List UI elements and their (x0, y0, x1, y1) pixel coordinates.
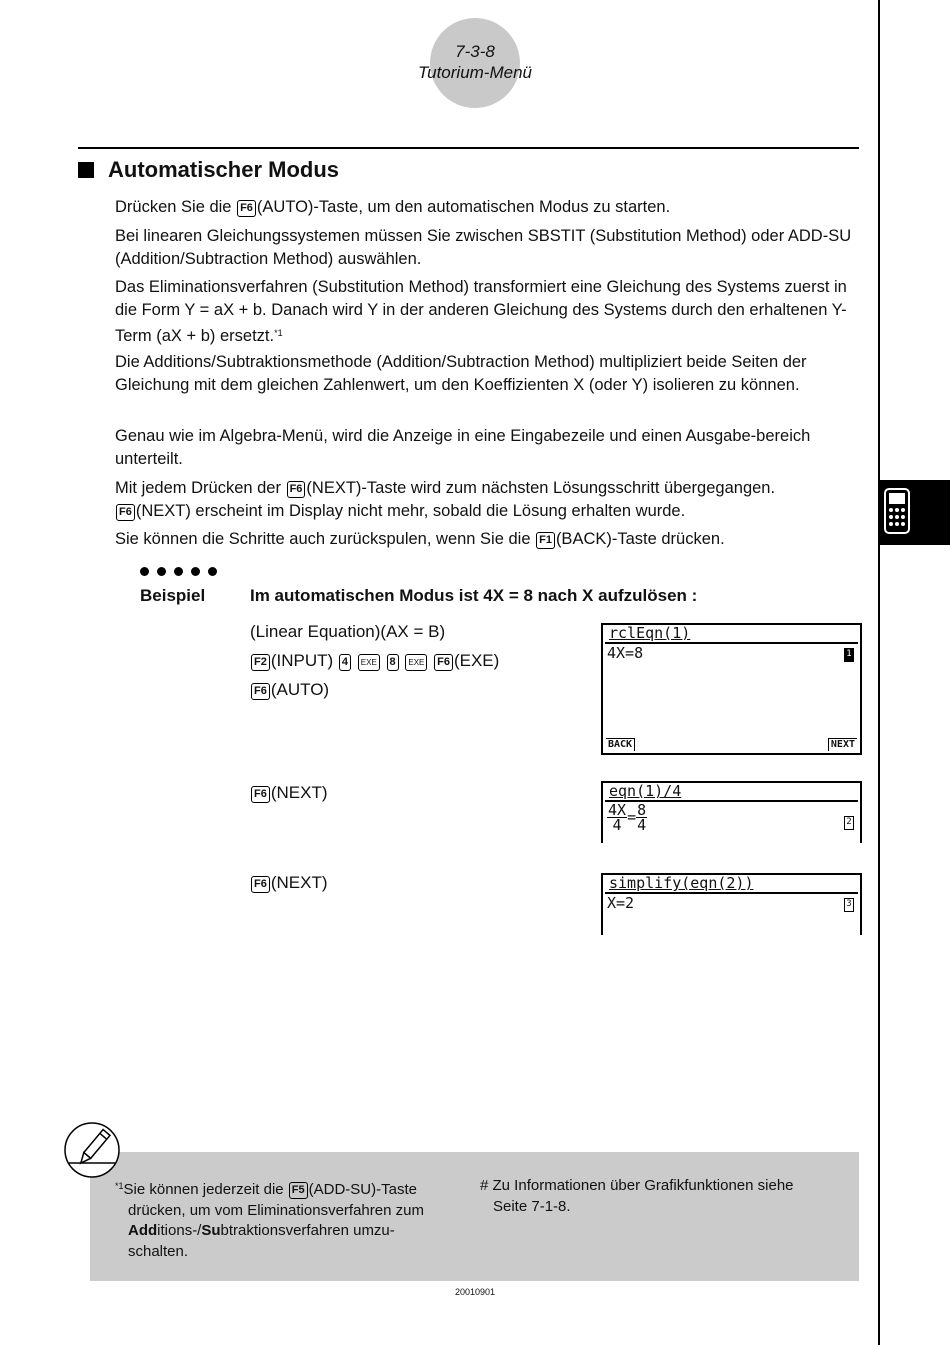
calculator-screen-2: eqn(1)/4 4X4=84 2 (601, 781, 862, 843)
step-1-line-2: F2(INPUT) 4 EXE 8 EXE F6(EXE) (250, 646, 499, 675)
chapter-tab (880, 480, 950, 545)
screen-output-line: 4X=81 (603, 644, 860, 662)
footer-code: 20010901 (0, 1287, 950, 1297)
back-softkey: BACK (606, 738, 635, 751)
f5-key-icon: F5 (289, 1182, 308, 1199)
paragraph-1: Drücken Sie die F6(AUTO)-Taste, um den a… (115, 196, 860, 219)
f6-key-icon: F6 (251, 876, 270, 893)
example-title: Im automatischen Modus ist 4X = 8 nach X… (250, 586, 697, 606)
paragraph-2: Bei linearen Gleichungssystemen müssen S… (115, 225, 860, 271)
paragraph-4: Die Additions/Subtraktionsmethode (Addit… (115, 351, 860, 397)
example-label: Beispiel (140, 586, 205, 606)
section-title: Automatischer Modus (108, 157, 339, 183)
step-indicator: 3 (844, 898, 854, 912)
f2-key-icon: F2 (251, 654, 270, 671)
next-softkey: NEXT (828, 738, 857, 751)
screen-input-line: eqn(1)/4 (605, 783, 858, 802)
step-1-line-1: (Linear Equation)(AX = B) (250, 617, 499, 646)
page-title: Tutorium-Menü (0, 63, 950, 83)
step-3: F6(NEXT) (250, 868, 328, 897)
paragraph-7: Sie können die Schritte auch zurückspule… (115, 528, 860, 551)
paragraph-3: Das Eliminationsverfahren (Substitution … (115, 276, 860, 348)
page-number: 7-3-8 (0, 42, 950, 62)
page-edge-line (878, 0, 880, 1345)
f6-key-icon: F6 (287, 481, 306, 498)
f6-key-icon: F6 (434, 654, 453, 671)
paragraph-5: Genau wie im Algebra-Menü, wird die Anze… (115, 425, 860, 471)
step-indicator: 1 (844, 648, 854, 662)
function-key-bar: BACK NEXT (606, 738, 857, 751)
step-2: F6(NEXT) (250, 778, 328, 807)
exe-key-icon: EXE (358, 654, 380, 671)
screen-output-line: X=23 (603, 894, 860, 912)
calculator-screen-1: rclEqn(1) 4X=81 BACK NEXT (601, 623, 862, 755)
screen-input-line: rclEqn(1) (605, 625, 858, 644)
f6-key-icon: F6 (251, 683, 270, 700)
f6-key-icon: F6 (116, 504, 135, 521)
calculator-icon (884, 488, 910, 534)
pencil-note-icon (63, 1121, 121, 1179)
example-dots (140, 567, 217, 576)
key-4-icon: 4 (339, 654, 351, 671)
footnote-ref: *1 (274, 328, 283, 338)
section-heading: Automatischer Modus (78, 157, 339, 183)
footnote-1: *1Sie können jederzeit die F5(ADD-SU)-Ta… (115, 1176, 455, 1262)
screen-input-line: simplify(eqn(2)) (605, 875, 858, 894)
footnote-2: # Zu Informationen über Grafikfunktionen… (480, 1176, 840, 1217)
paragraph-6: Mit jedem Drücken der F6(NEXT)-Taste wir… (115, 477, 860, 523)
calculator-screen-3: simplify(eqn(2)) X=23 (601, 873, 862, 935)
screen-output-line: 4X4=84 2 (603, 802, 860, 832)
f1-key-icon: F1 (536, 532, 555, 549)
step-1: (Linear Equation)(AX = B) F2(INPUT) 4 EX… (250, 617, 499, 704)
key-8-icon: 8 (387, 654, 399, 671)
step-1-line-3: F6(AUTO) (250, 675, 499, 704)
exe-key-icon: EXE (405, 654, 427, 671)
f6-key-icon: F6 (237, 200, 256, 217)
f6-key-icon: F6 (251, 786, 270, 803)
section-rule (78, 147, 859, 149)
step-indicator: 2 (844, 816, 854, 830)
square-bullet-icon (78, 162, 94, 178)
